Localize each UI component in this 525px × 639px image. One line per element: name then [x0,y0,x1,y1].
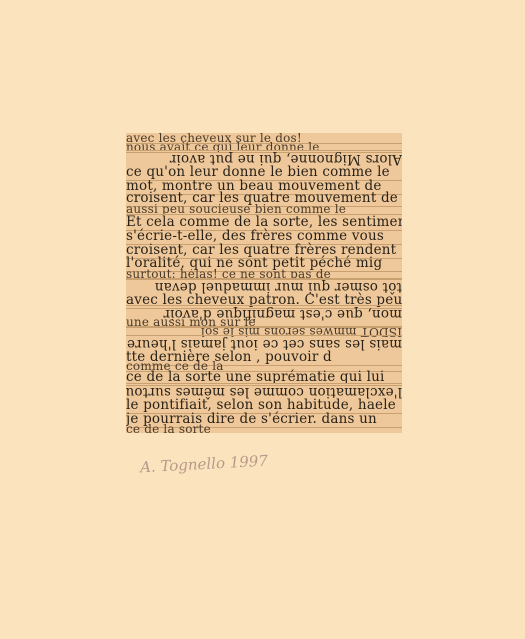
text-strip: ce de la sorte [126,424,402,433]
text-collage: avec les cheveux sur le dos! nous avait … [126,133,402,433]
artist-signature: A. Tognello 1997 [140,452,269,477]
